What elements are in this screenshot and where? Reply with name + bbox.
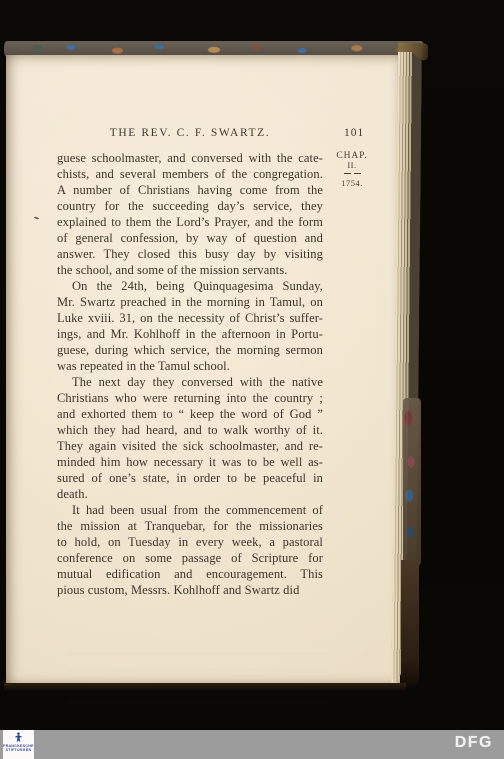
text-line: They again visited the sick schoolmaster… bbox=[57, 438, 323, 454]
cover-marbled-fragment bbox=[403, 398, 421, 566]
body-text: guese schoolmaster, and conversed with t… bbox=[57, 150, 323, 598]
ink-speck bbox=[34, 216, 39, 219]
running-title: THE REV. C. F. SWARTZ. bbox=[57, 127, 323, 139]
text-line: ings, and Mr. Kohlhoff in the afternoon … bbox=[57, 326, 323, 342]
text-line: sured of one’s state, in order to be pea… bbox=[57, 470, 323, 486]
text-line: chists, and several members of the congr… bbox=[57, 166, 323, 182]
text-line: Mr. Swartz preached in the morning in Ta… bbox=[57, 294, 323, 310]
page-number: 101 bbox=[344, 127, 378, 139]
text-line: which they had heard, and to walk worthy… bbox=[57, 422, 323, 438]
margin-note: CHAP. II. 1754. bbox=[329, 151, 375, 188]
text-line: Christians who were returning into the c… bbox=[57, 390, 323, 406]
text-line: the school, and some of the mission serv… bbox=[57, 262, 323, 278]
text-line: conference on some passage of Scripture … bbox=[57, 550, 323, 566]
text-line: death. bbox=[57, 486, 323, 502]
text-line: of general confession, by way of questio… bbox=[57, 230, 323, 246]
text-line: answer. They closed this busy day by vis… bbox=[57, 246, 323, 262]
text-line: minded him how necessary it was to be we… bbox=[57, 454, 323, 470]
book-scan-viewport: THE REV. C. F. SWARTZ. 101 CHAP. II. 175… bbox=[0, 0, 504, 759]
text-line: the mission at Tranquebar, for the missi… bbox=[57, 518, 323, 534]
margin-note-chapter-numeral: II. bbox=[329, 161, 375, 170]
text-line: On the 24th, being Quinquagesima Sunday, bbox=[57, 278, 323, 294]
library-name: FRANCKESCHE STIFTUNGEN bbox=[3, 744, 34, 752]
library-name-line2: STIFTUNGEN bbox=[6, 748, 32, 752]
text-line: explained to them the Lord’s Prayer, and… bbox=[57, 214, 323, 230]
margin-note-rule bbox=[344, 173, 361, 174]
text-line: country for the succeeding day’s service… bbox=[57, 198, 323, 214]
margin-note-year: 1754. bbox=[329, 178, 375, 188]
text-line: It had been usual from the commencement … bbox=[57, 502, 323, 518]
text-line: pious custom, Messrs. Kohlhoff and Swart… bbox=[57, 582, 323, 598]
text-line: guese schoolmaster, and conversed with t… bbox=[57, 150, 323, 166]
text-line: Luke xviii. 31, on the necessity of Chri… bbox=[57, 310, 323, 326]
text-line: and exhorted them to “ keep the word of … bbox=[57, 406, 323, 422]
text-line: was repeated in the Tamul school. bbox=[57, 358, 323, 374]
page-bottom-shadow bbox=[4, 683, 406, 693]
text-line: A number of Christians having come from … bbox=[57, 182, 323, 198]
text-line: The next day they conversed with the nat… bbox=[57, 374, 323, 390]
digitization-footer-bar: FRANCKESCHE STIFTUNGEN DFG bbox=[0, 730, 504, 759]
cover-edge-shadow bbox=[401, 560, 419, 686]
text-line: mutual edification and encouragement. Th… bbox=[57, 566, 323, 582]
text-line: to hold, on Tuesday in every week, a pas… bbox=[57, 534, 323, 550]
text-line: guese, during which service, the morning… bbox=[57, 342, 323, 358]
library-emblem-icon bbox=[14, 732, 23, 743]
library-badge: FRANCKESCHE STIFTUNGEN bbox=[3, 730, 34, 759]
dfg-logo: DFG bbox=[455, 734, 493, 752]
